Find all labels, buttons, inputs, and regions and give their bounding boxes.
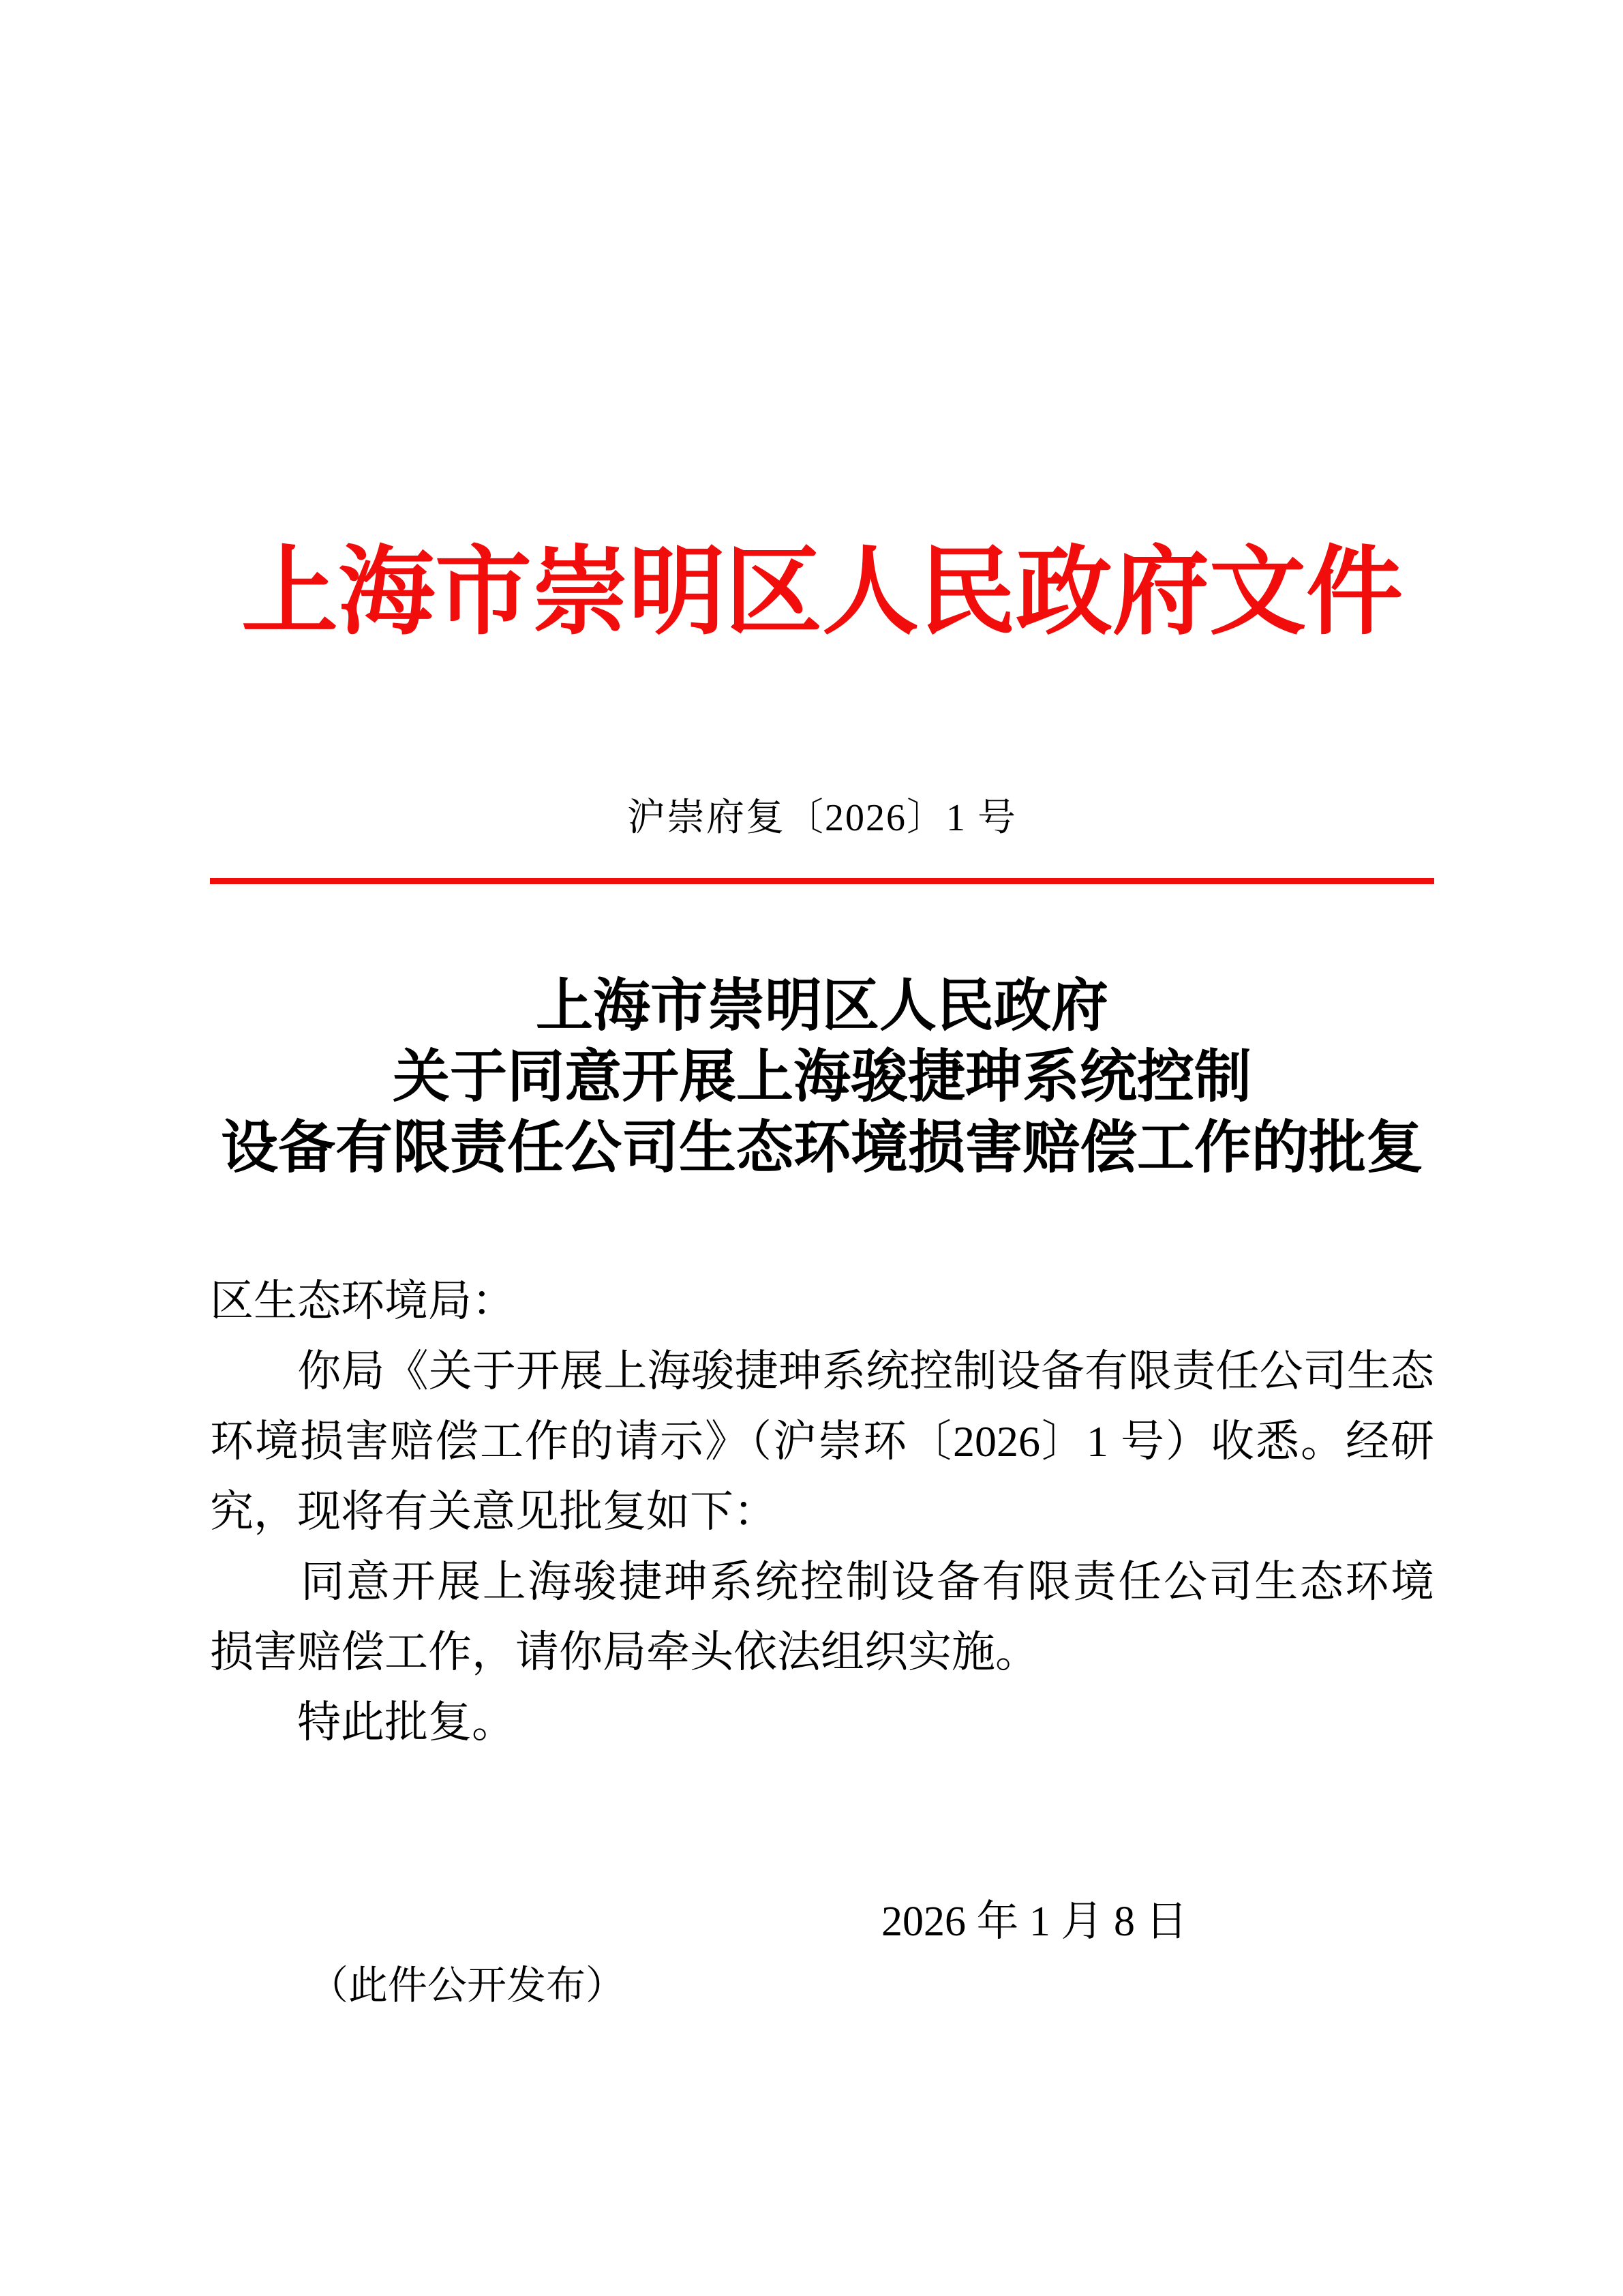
body-text-line: 环境损害赔偿工作的请示》（沪崇环〔2026〕1 号）收悉。经研 xyxy=(210,1406,1434,1477)
official-document-page: 上海市崇明区人民政府文件 沪崇府复〔2026〕1 号 上海市崇明区人民政府关于同… xyxy=(0,0,1623,2296)
letterhead-title: 上海市崇明区人民政府文件 xyxy=(210,537,1434,648)
red-separator-line xyxy=(210,878,1434,884)
body-text-line: 究，现将有关意见批复如下： xyxy=(210,1477,1434,1547)
document-content-area: 上海市崇明区人民政府文件 沪崇府复〔2026〕1 号 上海市崇明区人民政府关于同… xyxy=(210,0,1434,2296)
issue-date: 2026 年 1 月 8 日 xyxy=(881,1887,1188,1957)
document-title-line: 关于同意开展上海骏捷珅系统控制 xyxy=(210,1042,1434,1113)
document-title: 上海市崇明区人民政府关于同意开展上海骏捷珅系统控制设备有限责任公司生态环境损害赔… xyxy=(210,971,1434,1184)
body-text-line: 同意开展上海骏捷珅系统控制设备有限责任公司生态环境 xyxy=(210,1547,1434,1617)
document-number: 沪崇府复〔2026〕1 号 xyxy=(210,791,1434,845)
body-text-line: 你局《关于开展上海骏捷珅系统控制设备有限责任公司生态 xyxy=(210,1336,1434,1406)
public-release-note: （此件公开发布） xyxy=(309,1950,625,2021)
body-text-line: 损害赔偿工作，请你局牵头依法组织实施。 xyxy=(210,1617,1434,1687)
body-text-line: 特此批复。 xyxy=(210,1687,1434,1757)
document-title-line: 上海市崇明区人民政府 xyxy=(210,971,1434,1042)
body-text-line: 区生态环境局： xyxy=(210,1266,1434,1336)
document-title-line: 设备有限责任公司生态环境损害赔偿工作的批复 xyxy=(210,1113,1434,1184)
document-body: 区生态环境局： 你局《关于开展上海骏捷珅系统控制设备有限责任公司生态环境损害赔偿… xyxy=(210,1266,1434,1757)
